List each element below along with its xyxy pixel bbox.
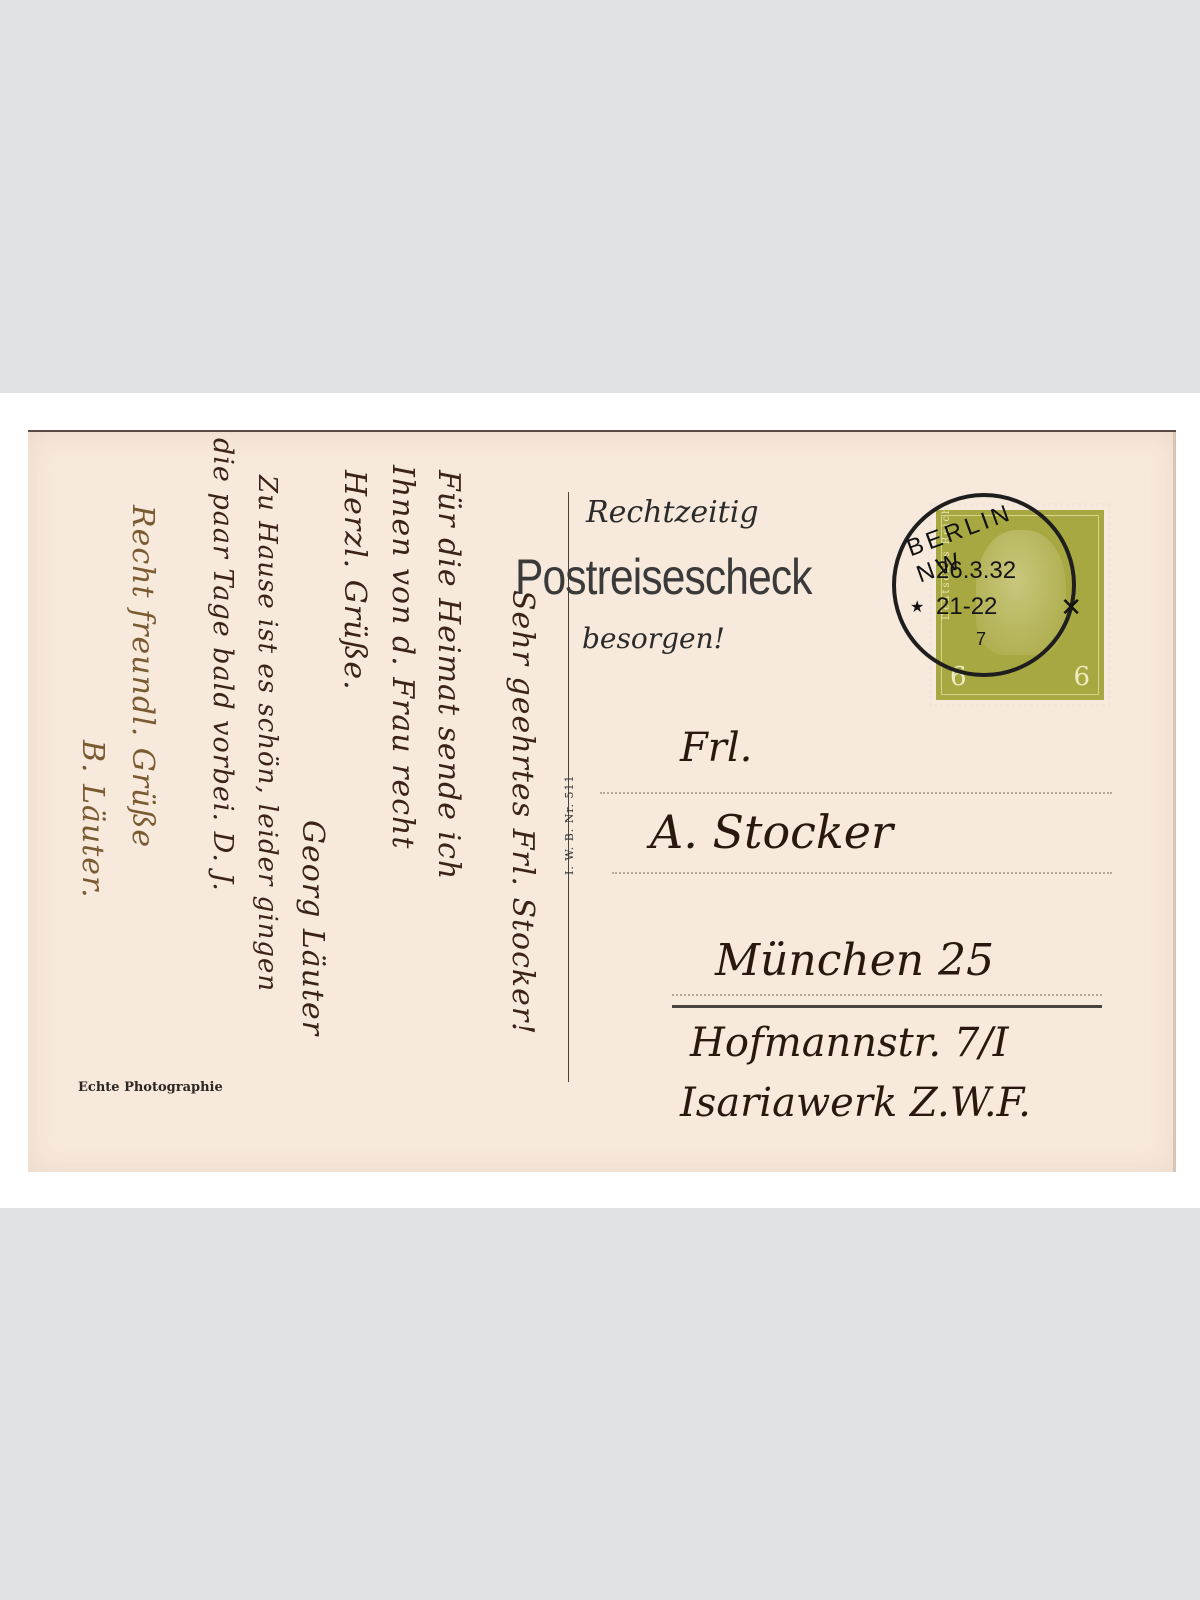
message-line: Zu Hause ist es schön, leider gingen [252, 475, 282, 992]
message-line: Ihnen von d. Frau recht [385, 465, 420, 849]
address-name: A. Stocker [650, 805, 893, 859]
message-line: Für die Heimat sende ich [431, 470, 466, 880]
star-icon: ★ [910, 597, 924, 616]
message-line: Recht freundl. Grüße [125, 505, 160, 848]
cross-icon: ✕ [1060, 593, 1082, 623]
address-company: Isariawerk Z.W.F. [680, 1080, 1031, 1126]
message-line: Herzl. Grüße. [337, 470, 372, 691]
postmark-date: 26.3.32 [936, 557, 1016, 585]
address-line-1 [600, 792, 1112, 794]
message-line: B. Läuter. [75, 740, 110, 899]
slogan-line-2: Postreisescheck [515, 548, 812, 606]
postmark-office: 7 [976, 629, 986, 650]
address-street: Hofmannstr. 7/I [690, 1020, 1009, 1066]
address-line-3 [672, 994, 1102, 996]
address-underline [672, 1005, 1102, 1008]
address-line-2 [612, 872, 1112, 874]
postmark: BERLIN NW 26.3.32 21-22 7 ★ ✕ [892, 493, 1076, 677]
message-line: Sehr geehrtes Frl. Stocker! [505, 590, 540, 1035]
address-salutation: Frl. [680, 725, 752, 771]
imprint-label: Echte Photographie [78, 1080, 223, 1095]
publisher-number: I. W. B. Nr. 511 [563, 775, 576, 875]
message-line: Georg Läuter [295, 820, 330, 1036]
postmark-time: 21-22 [936, 593, 997, 621]
message-line: die paar Tage bald vorbei. D. J. [207, 438, 238, 892]
slogan-line-1: Rechtzeitig [586, 495, 759, 530]
card-edge [1173, 432, 1176, 1172]
stamp-value-right: 6 [1073, 662, 1090, 692]
address-city: München 25 [715, 935, 994, 986]
slogan-line-3: besorgen! [582, 622, 725, 655]
